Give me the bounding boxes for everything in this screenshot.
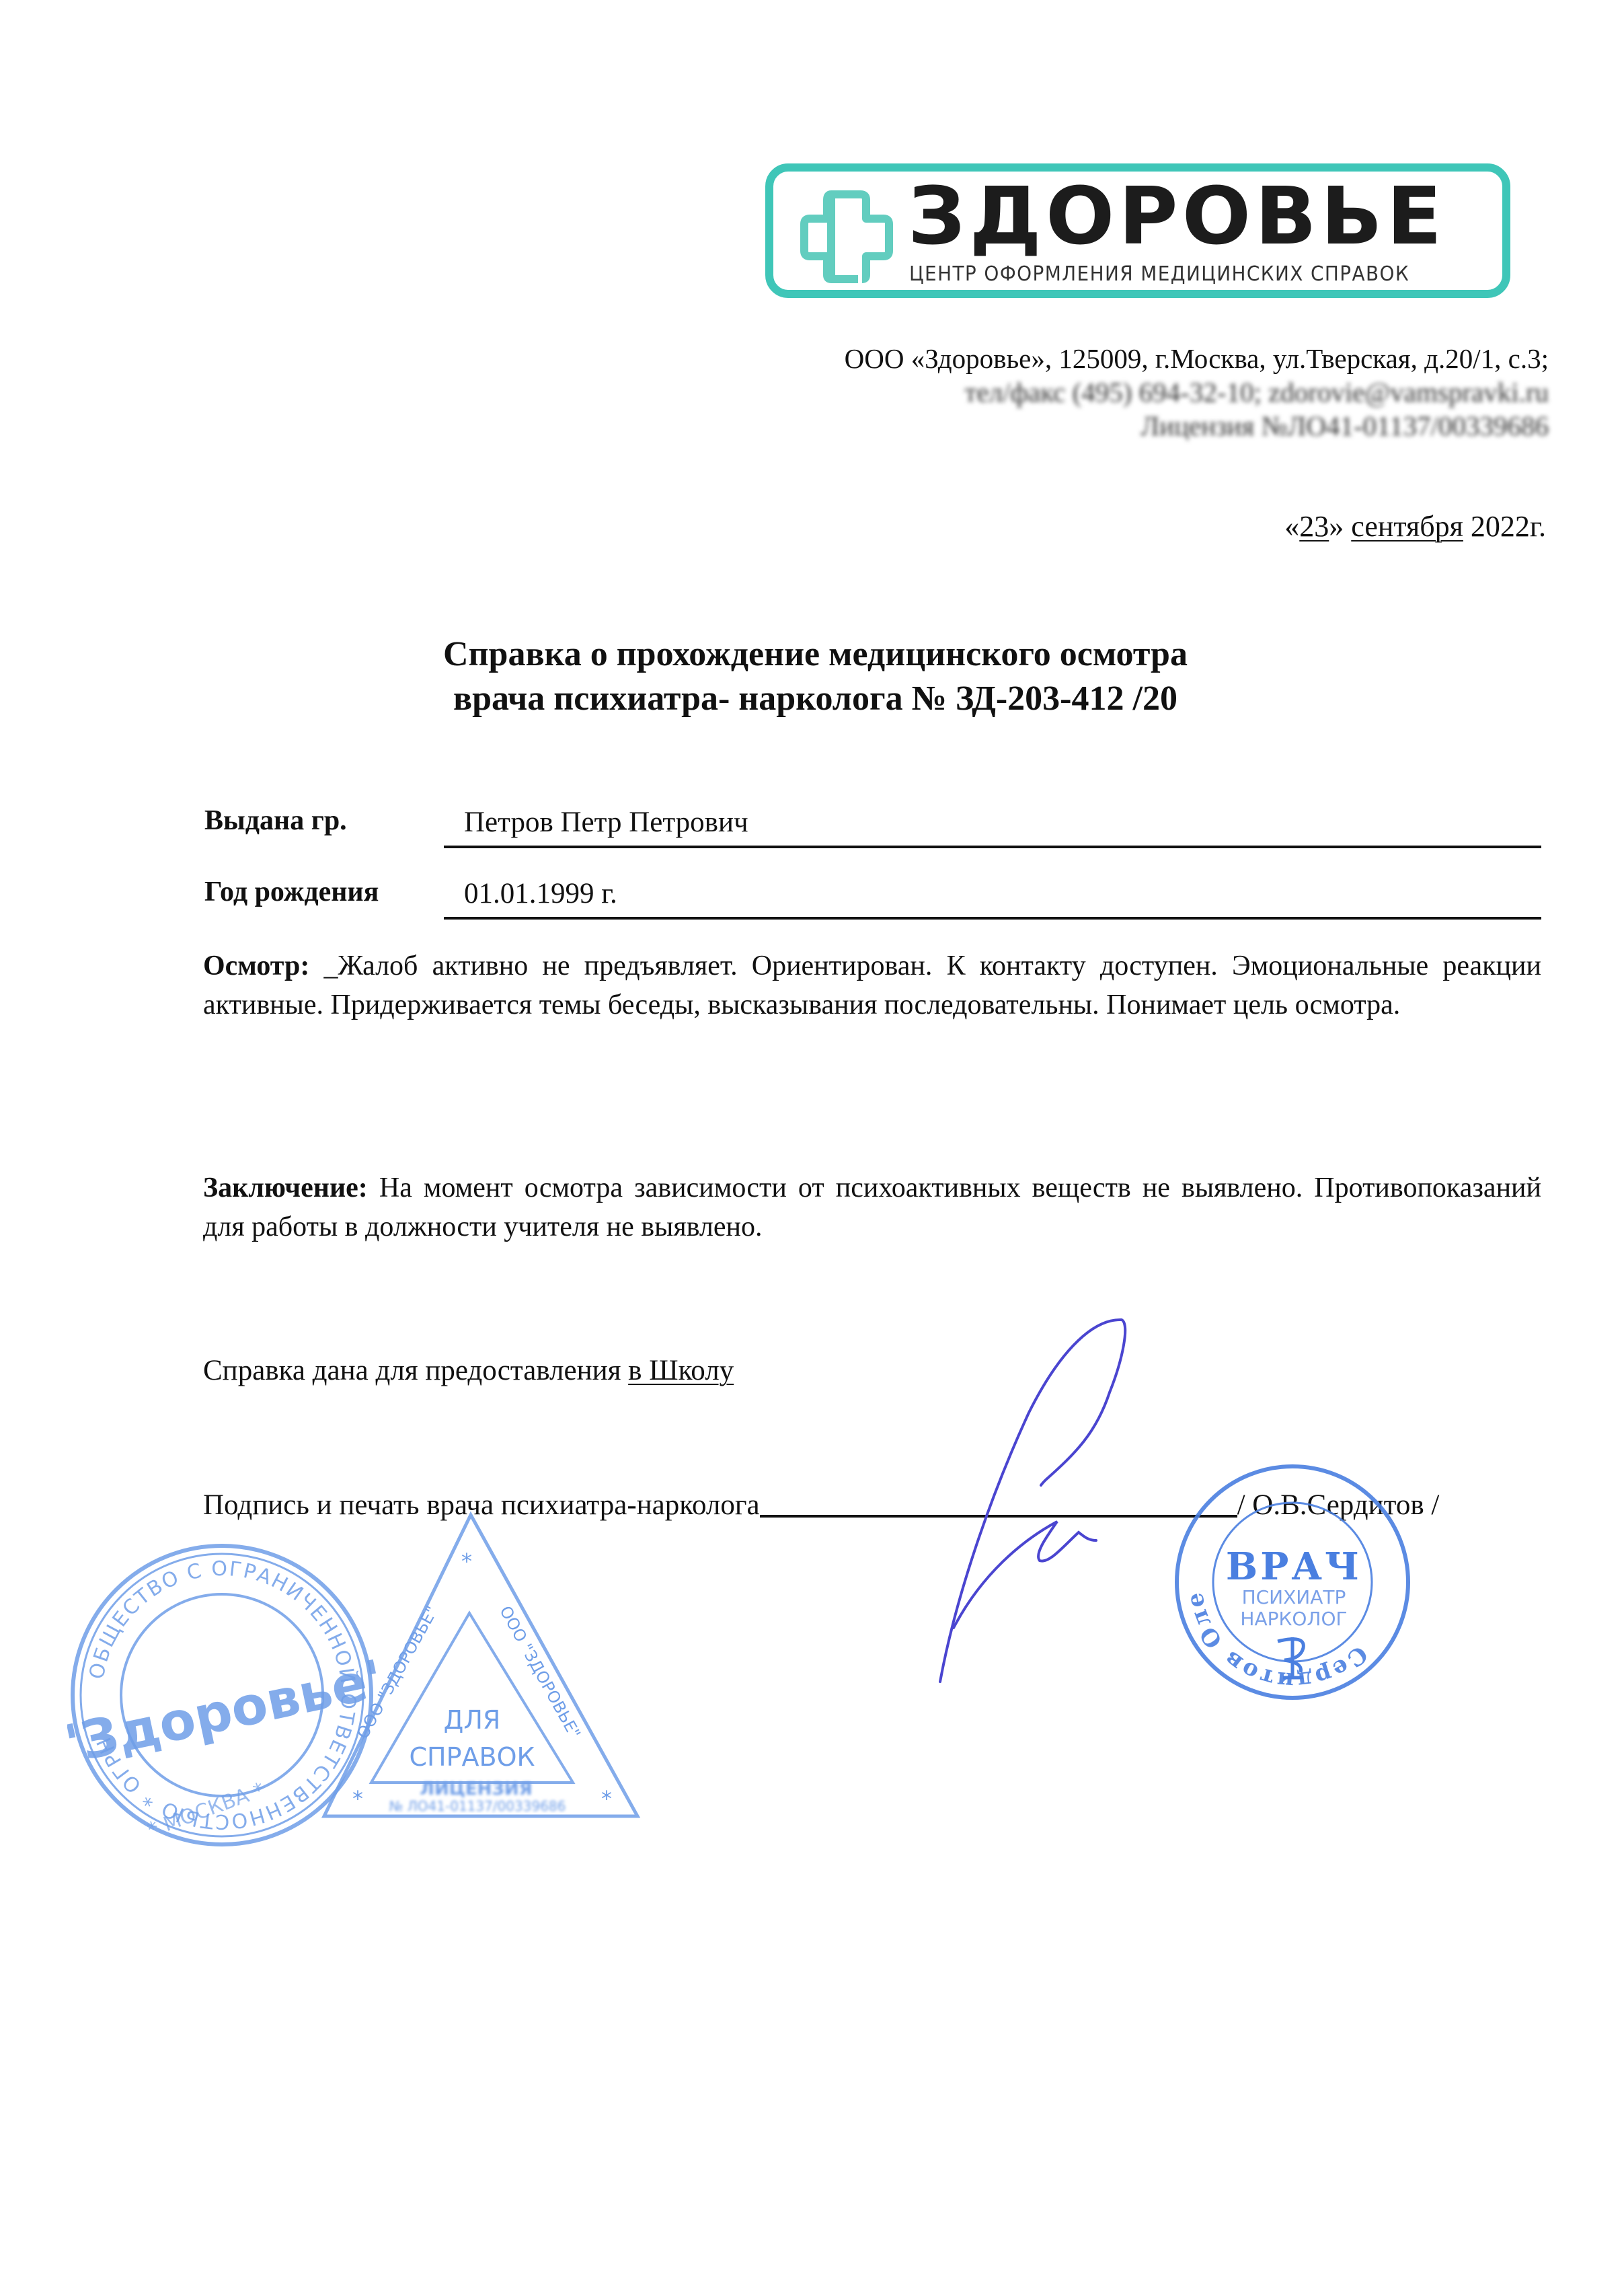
signature-line bbox=[760, 1515, 1237, 1518]
doctor-stamp-line-2: НАРКОЛОГ bbox=[1240, 1608, 1347, 1630]
birth-year-label: Год рождения bbox=[204, 876, 379, 908]
title-line-2: врача психиатра- нарколога № ЗД-203-412 … bbox=[202, 677, 1429, 721]
examination-label: Осмотр: bbox=[203, 950, 309, 981]
signature-row: Подпись и печать врача психиатра-нарколо… bbox=[203, 1489, 1548, 1522]
date-year: 2022г. bbox=[1471, 510, 1546, 543]
examination-paragraph: Осмотр: _Жалоб активно не предъявляет. О… bbox=[203, 946, 1541, 1024]
date-day: 23 bbox=[1299, 510, 1329, 543]
caduceus-icon bbox=[1278, 1637, 1303, 1678]
issued-to-value: Петров Петр Петрович bbox=[464, 806, 748, 839]
round-stamp-ring-text: ОБЩЕСТВО С ОГРАНИЧЕННОЙ ОТВЕТСТВЕННОСТЬЮ… bbox=[85, 1557, 360, 1833]
medical-cross-icon bbox=[799, 189, 894, 285]
triangle-stamp: * * * ООО "ЗДОРОВЬЕ" ООО "ЗДОРОВЬЕ" ДЛЯ … bbox=[316, 1507, 666, 1830]
company-license: Лицензия №ЛО41-01137/00339686 bbox=[845, 409, 1549, 443]
examination-text: _Жалоб активно не предъявляет. Ориентиро… bbox=[203, 950, 1541, 1020]
doctor-name: / О.В.Сердитов / bbox=[1237, 1489, 1440, 1521]
triangle-center-line-2: СПРАВОК bbox=[410, 1742, 535, 1772]
document-date: «23» сентября 2022г. bbox=[1284, 509, 1546, 544]
round-stamp-bottom-text: * МОСКВА * bbox=[145, 1779, 268, 1842]
birth-year-underline bbox=[444, 917, 1541, 920]
logo-subtitle: ЦЕНТР ОФОРМЛЕНИЯ МЕДИЦИНСКИХ СПРАВОК bbox=[909, 263, 1409, 286]
title-line-1: Справка о прохождение медицинского осмот… bbox=[202, 632, 1429, 677]
issued-to-label: Выдана гр. bbox=[204, 805, 347, 837]
conclusion-text: На момент осмотра зависимости от психоак… bbox=[203, 1172, 1541, 1242]
svg-text:ОБЩЕСТВО С ОГРАНИЧЕННОЙ ОТВЕТС: ОБЩЕСТВО С ОГРАНИЧЕННОЙ ОТВЕТСТВЕННОСТЬЮ… bbox=[85, 1557, 360, 1833]
birth-year-value: 01.01.1999 г. bbox=[464, 877, 617, 910]
signature-label: Подпись и печать врача психиатра-нарколо… bbox=[203, 1489, 760, 1521]
conclusion-paragraph: Заключение: На момент осмотра зависимост… bbox=[203, 1168, 1541, 1246]
document-title: Справка о прохождение медицинского осмот… bbox=[0, 632, 1624, 721]
svg-text:*: * bbox=[352, 1786, 363, 1811]
date-month: сентября bbox=[1351, 510, 1463, 543]
company-logo: ЗДОРОВЬЕ ЦЕНТР ОФОРМЛЕНИЯ МЕДИЦИНСКИХ СП… bbox=[765, 163, 1510, 298]
conclusion-label: Заключение: bbox=[203, 1172, 368, 1203]
svg-text:*: * bbox=[461, 1548, 472, 1574]
doctor-stamp-line-1: ПСИХИАТР bbox=[1242, 1586, 1346, 1608]
triangle-license-label: ЛИЦЕНЗИЯ bbox=[420, 1779, 532, 1799]
purpose-target: в Школу bbox=[628, 1355, 734, 1386]
date-open-quote: « bbox=[1284, 510, 1299, 543]
triangle-center-line-1: ДЛЯ bbox=[444, 1705, 501, 1735]
company-contacts: ООО «Здоровье», 125009, г.Москва, ул.Тве… bbox=[845, 342, 1549, 443]
purpose-line: Справка дана для предоставления в Школу bbox=[203, 1354, 734, 1387]
company-address: ООО «Здоровье», 125009, г.Москва, ул.Тве… bbox=[845, 342, 1549, 375]
company-phone-email: тел/факс (495) 694-32-10; zdorovie@vamsp… bbox=[845, 375, 1549, 409]
logo-title: ЗДОРОВЬЕ bbox=[908, 176, 1446, 256]
round-stamp-center-text: "Здоровье" bbox=[67, 1647, 377, 1778]
issued-to-underline bbox=[444, 846, 1541, 848]
date-close-quote: » bbox=[1329, 510, 1344, 543]
triangle-license-number: № ЛО41-01137/00339686 bbox=[389, 1798, 566, 1814]
svg-text:*: * bbox=[601, 1786, 612, 1811]
purpose-prefix: Справка дана для предоставления bbox=[203, 1355, 621, 1386]
triangle-right-text: ООО "ЗДОРОВЬЕ" bbox=[496, 1603, 584, 1742]
company-round-stamp: ОБЩЕСТВО С ОГРАНИЧЕННОЙ ОТВЕТСТВЕННОСТЬЮ… bbox=[67, 1540, 377, 1850]
triangle-left-text: ООО "ЗДОРОВЬЕ" bbox=[353, 1603, 442, 1742]
doctor-stamp-title: ВРАЧ bbox=[1226, 1544, 1362, 1589]
